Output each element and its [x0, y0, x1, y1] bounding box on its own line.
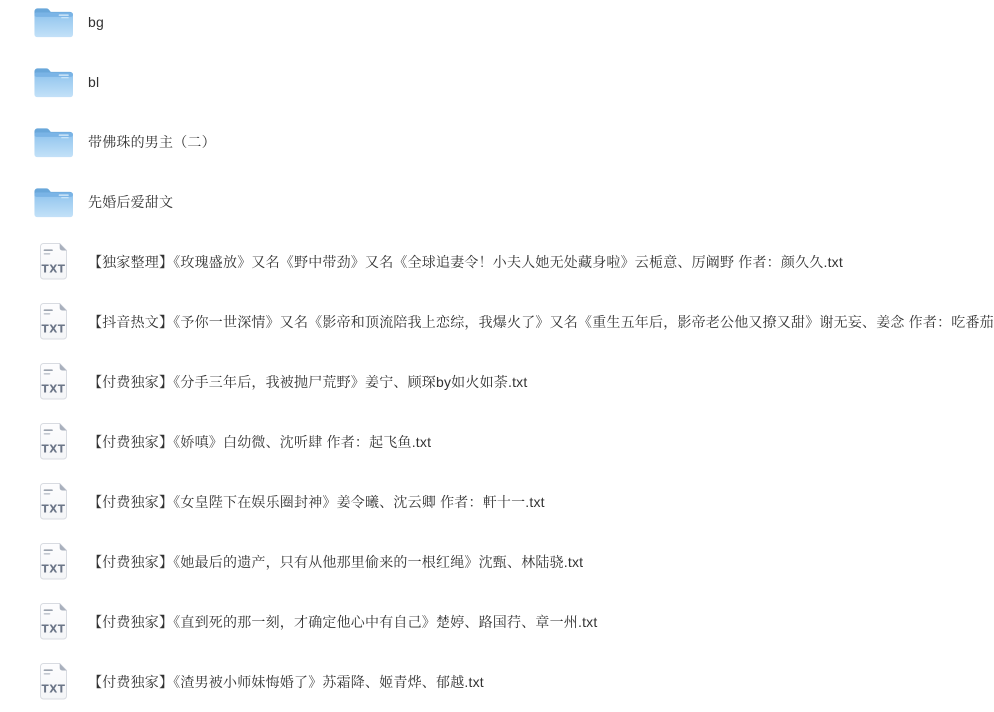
file-name[interactable]: 【付费独家】《渣男被小师妹悔婚了》苏霜降、姬青烨、郁越.txt: [88, 672, 484, 692]
txt-badge-label: TXT: [41, 683, 65, 695]
txt-file-row[interactable]: TXT 【付费独家】《分手三年后，我被抛尸荒野》姜宁、顾琛by如火如荼.txt: [0, 352, 994, 412]
file-icon-box: TXT: [33, 359, 73, 405]
file-name[interactable]: 【抖音热文】《予你一世深情》又名《影帝和顶流陪我上恋综，我爆火了》又名《重生五年…: [88, 312, 994, 332]
txt-badge-label: TXT: [41, 443, 65, 455]
txt-badge-label: TXT: [41, 383, 65, 395]
file-name[interactable]: 【付费独家】《娇嗔》白幼微、沈听肆 作者：起飞鱼.txt: [88, 432, 431, 452]
txt-file-icon: TXT: [37, 302, 70, 343]
txt-file-row[interactable]: TXT 【付费独家】《娇嗔》白幼微、沈听肆 作者：起飞鱼.txt: [0, 412, 994, 472]
folder-icon: [33, 65, 73, 99]
file-icon-box: TXT: [33, 119, 73, 165]
folder-row[interactable]: TXT bl: [0, 52, 994, 112]
file-name[interactable]: 【独家整理】《玫瑰盛放》又名《野中带劲》又名《全球追妻令！小夫人她无处藏身啦》云…: [88, 252, 843, 272]
file-icon-box: TXT: [33, 599, 73, 645]
txt-file-icon: TXT: [37, 602, 70, 643]
file-icon-box: TXT: [33, 299, 73, 345]
txt-file-row[interactable]: TXT 【付费独家】《渣男被小师妹悔婚了》苏霜降、姬青烨、郁越.txt: [0, 652, 994, 712]
folder-row[interactable]: TXT 先婚后爱甜文: [0, 172, 994, 232]
file-icon-box: TXT: [33, 59, 73, 105]
folder-icon: [33, 125, 73, 159]
file-name[interactable]: bl: [88, 74, 99, 90]
txt-badge-label: TXT: [41, 323, 65, 335]
file-name[interactable]: bg: [88, 14, 104, 30]
txt-badge-label: TXT: [41, 623, 65, 635]
folder-icon: [33, 185, 73, 219]
txt-file-icon: TXT: [37, 482, 70, 523]
txt-file-row[interactable]: TXT 【付费独家】《直到死的那一刻，才确定他心中有自己》楚婷、路国荇、章一州.…: [0, 592, 994, 652]
file-icon-box: TXT: [33, 479, 73, 525]
txt-file-row[interactable]: TXT 【独家整理】《玫瑰盛放》又名《野中带劲》又名《全球追妻令！小夫人她无处藏…: [0, 232, 994, 292]
file-icon-box: TXT: [33, 419, 73, 465]
file-list: TXT bg TXT bl: [0, 0, 994, 712]
file-name[interactable]: 【付费独家】《直到死的那一刻，才确定他心中有自己》楚婷、路国荇、章一州.txt: [88, 612, 597, 632]
file-name[interactable]: 【付费独家】《女皇陛下在娱乐圈封神》姜令曦、沈云卿 作者：軒十一.txt: [88, 492, 545, 512]
file-name[interactable]: 【付费独家】《分手三年后，我被抛尸荒野》姜宁、顾琛by如火如荼.txt: [88, 372, 527, 392]
file-icon-box: TXT: [33, 659, 73, 705]
txt-file-icon: TXT: [37, 662, 70, 703]
folder-row[interactable]: TXT bg: [0, 0, 994, 52]
folder-row[interactable]: TXT 带佛珠的男主（二）: [0, 112, 994, 172]
file-name[interactable]: 带佛珠的男主（二）: [88, 132, 216, 152]
txt-badge-label: TXT: [41, 503, 65, 515]
folder-icon: [33, 5, 73, 39]
txt-file-icon: TXT: [37, 362, 70, 403]
txt-file-icon: TXT: [37, 242, 70, 283]
file-icon-box: TXT: [33, 179, 73, 225]
file-icon-box: TXT: [33, 0, 73, 45]
txt-file-icon: TXT: [37, 542, 70, 583]
file-icon-box: TXT: [33, 239, 73, 285]
txt-badge-label: TXT: [41, 263, 65, 275]
file-name[interactable]: 先婚后爱甜文: [88, 192, 173, 212]
txt-file-row[interactable]: TXT 【抖音热文】《予你一世深情》又名《影帝和顶流陪我上恋综，我爆火了》又名《…: [0, 292, 994, 352]
txt-file-icon: TXT: [37, 422, 70, 463]
file-name[interactable]: 【付费独家】《她最后的遗产，只有从他那里偷来的一根红绳》沈甄、林陆骁.txt: [88, 552, 583, 572]
file-icon-box: TXT: [33, 539, 73, 585]
txt-badge-label: TXT: [41, 563, 65, 575]
txt-file-row[interactable]: TXT 【付费独家】《她最后的遗产，只有从他那里偷来的一根红绳》沈甄、林陆骁.t…: [0, 532, 994, 592]
txt-file-row[interactable]: TXT 【付费独家】《女皇陛下在娱乐圈封神》姜令曦、沈云卿 作者：軒十一.txt: [0, 472, 994, 532]
